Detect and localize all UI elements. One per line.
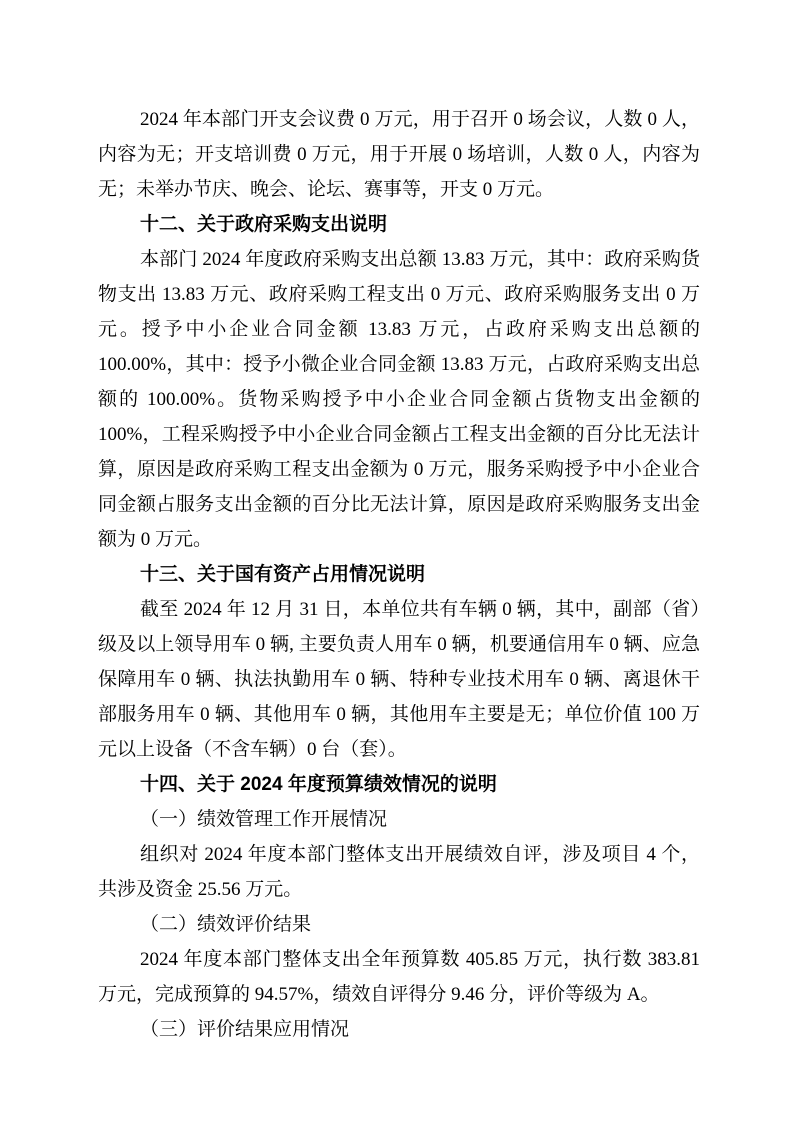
heading-section-13-state-owned-assets: 十三、关于国有资产占用情况说明 — [98, 557, 700, 592]
heading-section-12-government-procurement: 十二、关于政府采购支出说明 — [98, 207, 700, 242]
heading-section-14-budget-performance: 十四、关于 2024 年度预算绩效情况的说明 — [98, 767, 700, 802]
paragraph-meeting-training-expenses: 2024 年本部门开支会议费 0 万元，用于召开 0 场会议，人数 0 人，内容… — [98, 102, 700, 207]
paragraph-government-procurement-details: 本部门 2024 年度政府采购支出总额 13.83 万元，其中：政府采购货物支出… — [98, 242, 700, 557]
paragraph-evaluation-results-details: 2024 年度本部门整体支出全年预算数 405.85 万元，执行数 383.81… — [98, 942, 700, 1012]
document-page: 2024 年本部门开支会议费 0 万元，用于召开 0 场会议，人数 0 人，内容… — [0, 0, 793, 1122]
paragraph-performance-self-evaluation: 组织对 2024 年度本部门整体支出开展绩效自评，涉及项目 4 个，共涉及资金 … — [98, 837, 700, 907]
subheading-evaluation-results-application: （三）评价结果应用情况 — [98, 1012, 700, 1047]
subheading-performance-management-work: （一）绩效管理工作开展情况 — [98, 802, 700, 837]
paragraph-state-owned-assets-details: 截至 2024 年 12 月 31 日，本单位共有车辆 0 辆，其中，副部（省）… — [98, 592, 700, 767]
subheading-performance-evaluation-results: （二）绩效评价结果 — [98, 907, 700, 942]
